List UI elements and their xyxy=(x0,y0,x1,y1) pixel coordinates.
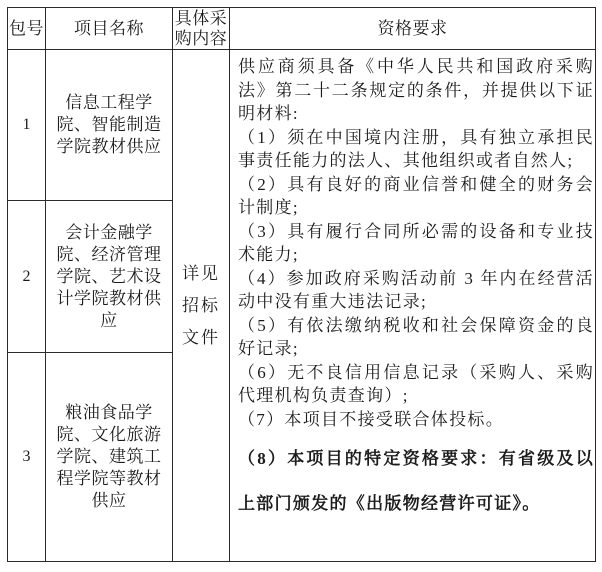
qualification-item-1: （1）须在中国境内注册，具有独立承担民事责任能力的法人、其他组织或者自然人; xyxy=(238,126,594,173)
package-no-3: 3 xyxy=(8,353,46,562)
qualification-special-requirement: （8）本项目的特定资格要求：有省级及以上部门颁发的《出版物经营许可证》。 xyxy=(238,436,594,526)
col-header-project-name: 项目名称 xyxy=(46,8,173,50)
col-header-procurement-content: 具体采购内容 xyxy=(173,8,230,50)
document-page: 包号 项目名称 具体采购内容 资格要求 1 信息工程学院、智能制造学院教材供应 … xyxy=(0,0,602,572)
project-name-2: 会计金融学院、经济管理学院、艺术设计学院教材供应 xyxy=(46,201,173,353)
qualification-item-7: （7）本项目不接受联合体投标。 xyxy=(238,408,594,432)
project-name-3: 粮油食品学院、文化旅游学院、建筑工程学院等教材供应 xyxy=(46,353,173,562)
qualification-item-4: （4）参加政府采购活动前 3 年内在经营活动中没有重大违法记录; xyxy=(238,267,594,314)
qualification-item-5: （5）有依法缴纳税收和社会保障资金的良好记录; xyxy=(238,314,594,361)
package-no-2: 2 xyxy=(8,201,46,353)
qualification-item-6: （6）无不良信用信息记录（采购人、采购代理机构负责查询）; xyxy=(238,361,594,408)
qualification-item-2: （2）具有良好的商业信誉和健全的财务会计制度; xyxy=(238,173,594,220)
project-name-1: 信息工程学院、智能制造学院教材供应 xyxy=(46,50,173,201)
procurement-content-cell: 详见招标文件 xyxy=(173,50,230,562)
qualification-intro: 供应商须具备《中华人民共和国政府采购法》第二十二条规定的条件，并提供以下证明材料… xyxy=(238,55,594,126)
table-header-row: 包号 项目名称 具体采购内容 资格要求 xyxy=(8,8,596,50)
package-no-1: 1 xyxy=(8,50,46,201)
col-header-package-no: 包号 xyxy=(8,8,46,50)
table-row: 1 信息工程学院、智能制造学院教材供应 详见招标文件 供应商须具备《中华人民共和… xyxy=(8,50,596,201)
col-header-qualification: 资格要求 xyxy=(230,8,596,50)
qualification-item-3: （3）具有履行合同所必需的设备和专业技术能力; xyxy=(238,220,594,267)
qualification-cell: 供应商须具备《中华人民共和国政府采购法》第二十二条规定的条件，并提供以下证明材料… xyxy=(230,50,596,562)
procurement-packages-table: 包号 项目名称 具体采购内容 资格要求 1 信息工程学院、智能制造学院教材供应 … xyxy=(7,7,596,562)
